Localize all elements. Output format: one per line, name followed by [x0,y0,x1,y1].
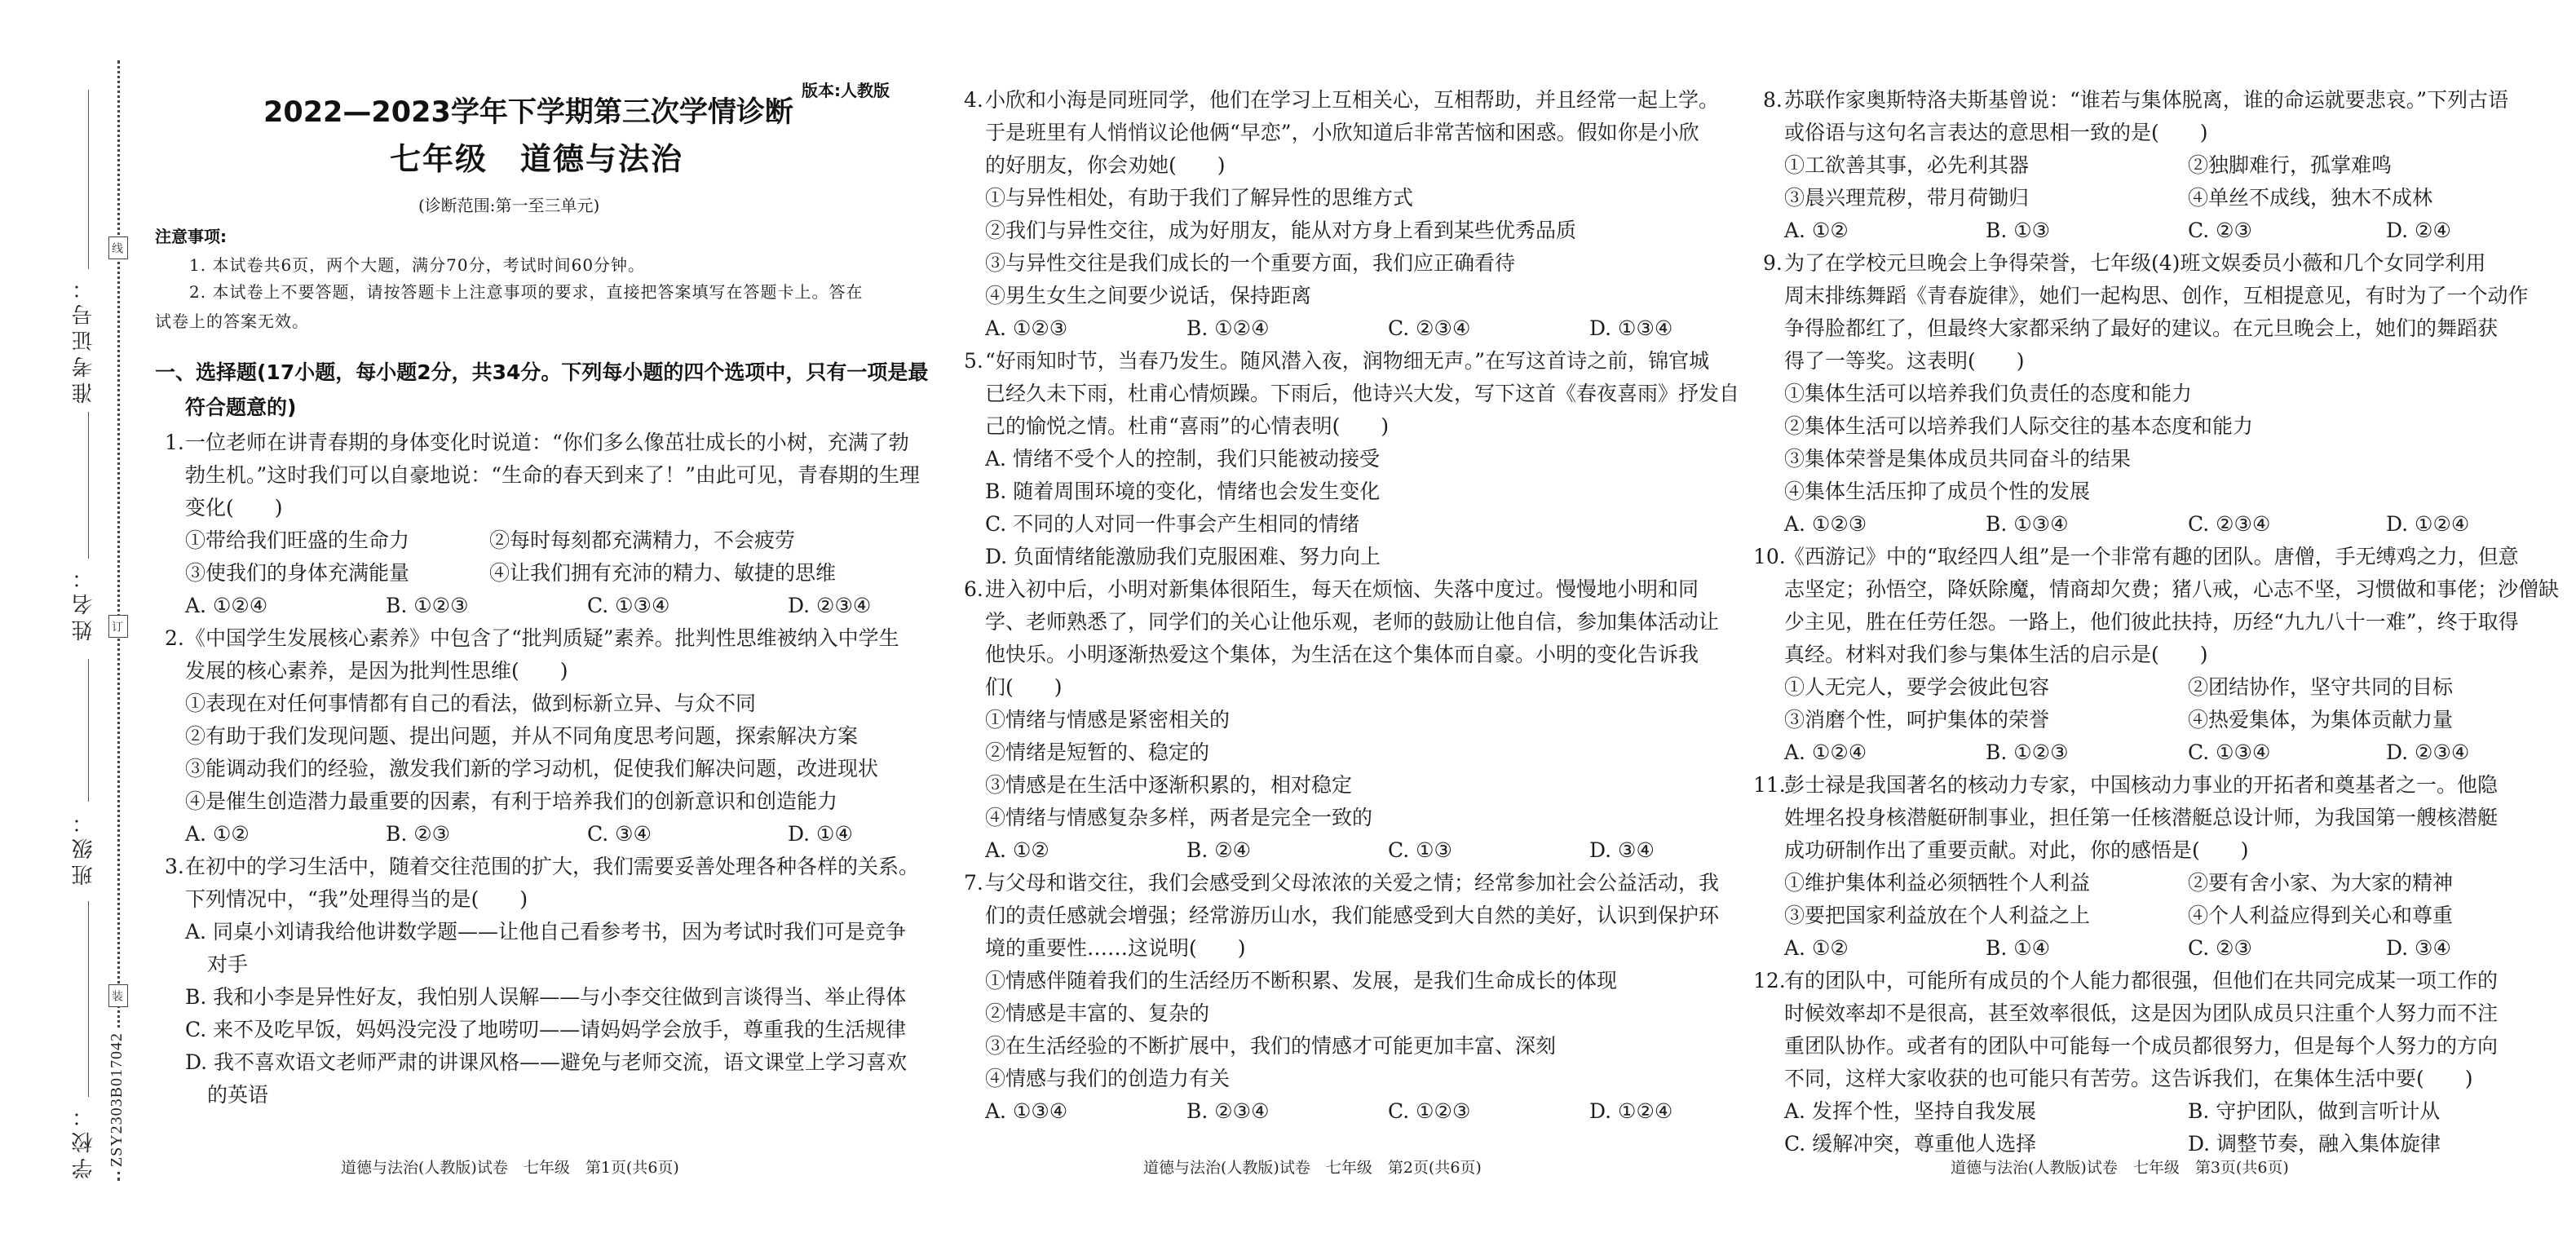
choice-b[interactable]: B. ①②③ [386,590,469,622]
question-stem: 不同，这样大家收获的也可能只有苦劳。这告诉我们，在集体生活中要( ) [1784,1063,2473,1095]
choice-d[interactable]: D. ①②④ [1589,1095,1672,1128]
statement: ③消磨个性，呵护集体的荣誉 [1784,704,2049,736]
note-2-cont: 试卷上的答案无效。 [155,307,309,336]
name-label: 姓名： [68,563,99,641]
question-stem: 姓埋名投身核潜艇研制事业，担任第一任核潜艇总设计师，为我国第一艘核潜艇 [1784,802,2498,834]
choice-d[interactable]: D. ①③④ [1589,312,1672,345]
choice-d[interactable]: D. ①④ [788,818,853,851]
question-stem: 时候效率却不是很高，甚至效率很低，这是因为团队成员只注重个人努力而不注 [1784,997,2498,1030]
statement: ②集体生活可以培养我们人际交往的基本态度和能力 [1784,410,2253,443]
notes-heading: 注意事项: [155,224,227,249]
question-number: 12. [1753,965,1786,997]
statement: ③能调动我们的经验，激发我们新的学习动机，促使我们解决问题，改进现状 [185,753,878,785]
choice-c[interactable]: C. 来不及吃早饭，妈妈没完没了地唠叨——请妈妈学会放手，尊重我的生活规律 [185,1014,906,1046]
exam-id-underline[interactable] [88,90,89,269]
choice-c[interactable]: C. ①③ [1388,834,1452,867]
choice-c[interactable]: C. ①②③ [1388,1095,1470,1128]
question-stem: 学、老师熟悉了，同学们的关心让他乐观，老师的鼓励让他自信，参加集体活动让 [985,606,1719,639]
choice-b[interactable]: B. 随着周围环境的变化，情绪也会发生变化 [985,475,1380,508]
statement: ③情感是在生活中逐渐积累的，相对稳定 [985,769,1352,802]
choice-b[interactable]: B. ①③ [1986,214,2050,247]
question-stem: 彭士禄是我国著名的核动力专家，中国核动力事业的开拓者和奠基者之一。他隐 [1784,769,2498,802]
statement: ②有助于我们发现问题、提出问题，并从不同角度思考问题，探索解决方案 [185,720,858,753]
question-stem: 《中国学生发展核心素养》中包含了“批判质疑”素养。批判性思维被纳入中学生 [185,622,899,655]
statement: ④情感与我们的创造力有关 [985,1063,1230,1095]
binding-mark-zhuang: 装 [108,984,128,1007]
school-underline[interactable] [88,901,89,1097]
choice-d[interactable]: D. 负面情绪能激励我们克服困难、努力向上 [985,541,1381,573]
note-1: 1. 本试卷共6页，两个大题，满分70分，考试时间60分钟。 [189,250,645,280]
choice-a[interactable]: A. ①② [985,834,1049,867]
question-number: 1. [165,427,184,459]
question-number: 3. [165,851,184,883]
section-title: 一、选择题(17小题，每小题2分，共34分。下列每小题的四个选项中，只有一项是最 [155,356,928,389]
statement: ①情绪与情感是紧密相关的 [985,704,1230,736]
statement: ④情绪与情感复杂多样，两者是完全一致的 [985,802,1372,834]
question-stem: 苏联作家奥斯特洛夫斯基曾说：“谁若与集体脱离，谁的命运就要悲哀。”下列古语 [1784,84,2508,117]
statement: ④热爱集体，为集体贡献力量 [2188,704,2453,736]
statement: ②团结协作，坚守共同的目标 [2188,671,2453,704]
choice-a[interactable]: A. ①②④ [1784,736,1867,769]
question-stem: 于是班里有人悄悄议论他俩“早恋”，小欣知道后非常苦恼和困惑。假如你是小欣 [985,117,1699,149]
statement: ②每时每刻都充满精力，不会疲劳 [489,524,795,557]
exam-scope: (诊断范围:第一至三单元) [418,193,599,218]
choice-d[interactable]: D. 我不喜欢语文老师严肃的讲课风格——避免与老师交流，语文课堂上学习喜欢 [185,1046,907,1079]
page-footer: 道德与法治(人教版)试卷 七年级 第3页(共6页) [1951,1156,2289,1180]
statement: ④男生女生之间要少说话，保持距离 [985,280,1311,312]
question-stem: 们的责任感就会增强；经常游历山水，我们能感受到大自然的美好，认识到保护环 [985,899,1719,932]
choice-b[interactable]: B. ①④ [1986,932,2050,965]
statement: ③在生活经验的不断扩展中，我们的情感才可能更加丰富、深刻 [985,1030,1556,1063]
question-stem: 境的重要性……这说明( ) [985,932,1246,965]
question-stem: 已经久未下雨，杜甫心情烦躁。下雨后，他诗兴大发，写下这首《春夜喜雨》抒发自 [985,378,1739,410]
question-stem: 在初中的学习生活中，随着交往范围的扩大，我们需要妥善处理各种各样的关系。 [185,851,919,883]
statement: ①工欲善其事，必先利其器 [1784,149,2029,182]
choice-a-cont[interactable]: 对手 [207,948,248,981]
class-underline[interactable] [88,659,89,802]
school-label: 学校： [68,1101,99,1179]
choice-d[interactable]: D. ①②④ [2386,508,2469,541]
statement: ②我们与异性交往，成为好朋友，能从对方身上看到某些优秀品质 [985,214,1576,247]
choice-a[interactable]: A. ①②④ [185,590,267,622]
choice-c[interactable]: C. ①③④ [587,590,669,622]
choice-c[interactable]: C. ③④ [587,818,652,851]
statement: ①带给我们旺盛的生命力 [185,524,409,557]
statement: ③要把国家利益放在个人利益之上 [1784,899,2090,932]
question-number: 11. [1753,769,1786,802]
statement: ②情感是丰富的、复杂的 [985,997,1209,1030]
question-stem: “好雨知时节，当春乃发生。随风潜入夜，润物细无声。”在写这首诗之前，锦官城 [985,345,1709,378]
choice-c[interactable]: C. ②③ [2188,214,2252,247]
choice-d[interactable]: D. ③④ [1589,834,1655,867]
edition-label: 版本:人教版 [802,78,890,103]
question-stem: 勃生机。”这时我们可以自豪地说：“生命的春天到来了！”由此可见，青春期的生理 [185,459,920,492]
statement: ④是催生创造潜力最重要的因素，有利于培养我们的创新意识和创造能力 [185,785,837,818]
choice-a[interactable]: A. 同桌小刘请我给他讲数学题——让他自己看参考书，因为考试时我们可是竞争 [185,916,906,948]
choice-d[interactable]: D. ②④ [2386,214,2451,247]
statement: ③晨兴理荒秽，带月荷锄归 [1784,182,2029,214]
question-stem: 变化( ) [185,492,283,524]
choice-c[interactable]: C. ②③④ [2188,508,2270,541]
choice-a[interactable]: A. ①② [1784,932,1849,965]
choice-b[interactable]: B. ②③④ [1186,1095,1270,1128]
statement: ①维护集体利益必须牺牲个人利益 [1784,867,2090,899]
statement: ②独脚难行，孤掌难鸣 [2188,149,2392,182]
choice-c[interactable]: C. ②③ [2188,932,2252,965]
statement: ②情绪是短暂的、稳定的 [985,736,1209,769]
page-footer: 道德与法治(人教版)试卷 七年级 第1页(共6页) [341,1156,679,1180]
choice-b[interactable]: B. 守护团队，做到言听计从 [2188,1095,2440,1128]
choice-b[interactable]: B. ②④ [1186,834,1251,867]
question-stem: 的好朋友，你会劝她( ) [985,149,1226,182]
question-number: 7. [964,867,983,899]
question-stem: 有的团队中，可能所有成员的个人能力都很强，但他们在共同完成某一项工作的 [1784,965,2498,997]
question-stem: 为了在学校元旦晚会上争得荣誉，七年级(4)班文娱委员小薇和几个女同学利用 [1784,247,2485,280]
question-number: 9. [1763,247,1783,280]
choice-a[interactable]: A. ①③④ [985,1095,1067,1128]
note-2: 2. 本试卷上不要答题，请按答题卡上注意事项的要求，直接把答案填写在答题卡上。答… [189,277,863,307]
question-stem: 发展的核心素养，是因为批判性思维( ) [185,655,568,687]
question-number: 4. [964,84,983,117]
question-number: 8. [1763,84,1783,117]
question-stem: 下列情况中，“我”处理得当的是( ) [185,883,528,916]
question-stem: 争得脸都红了，但最终大家都采纳了最好的建议。在元旦晚会上，她们的舞蹈获 [1784,312,2498,345]
question-stem: 进入初中后，小明对新集体很陌生，每天在烦恼、失落中度过。慢慢地小明和同 [985,573,1699,606]
question-stem: 一位老师在讲青春期的身体变化时说道：“你们多么像茁壮成长的小树，充满了勃 [185,427,909,459]
question-stem: 得了一等奖。这表明( ) [1784,345,2025,378]
statement: ①集体生活可以培养我们负责任的态度和能力 [1784,378,2192,410]
question-stem: 周末排练舞蹈《青春旋律》，她们一起构思、创作，互相提意见，有时为了一个动作 [1784,280,2529,312]
statement: ①人无完人，要学会彼此包容 [1784,671,2049,704]
question-stem: 重团队协作。或者有的团队中可能每一个成员都很努力，但是每个人努力的方向 [1784,1030,2498,1063]
choice-a[interactable]: A. ①② [185,818,250,851]
statement: ①表现在对任何事情都有自己的看法，做到标新立异、与众不同 [185,687,756,720]
statement: ②要有舍小家、为大家的精神 [2188,867,2453,899]
choice-d[interactable]: D. ③④ [2386,932,2451,965]
question-stem: 真经。材料对我们参与集体生活的启示是( ) [1784,639,2208,671]
question-stem: 成功研制作出了重要贡献。对此，你的感悟是( ) [1784,834,2249,867]
choice-d[interactable]: D. ②③④ [788,590,871,622]
question-stem: 或俗语与这句名言表达的意思相一致的是( ) [1784,117,2208,149]
choice-d[interactable]: D. ②③④ [2386,736,2469,769]
question-number: 10. [1753,541,1786,573]
statement: ④集体生活压抑了成员个性的发展 [1784,475,2090,508]
class-label: 班级： [68,807,99,886]
paper-code: ZSY2303B017042 [108,1029,126,1170]
question-stem: 他快乐。小明逐渐热爱这个集体，为生活在这个集体而自豪。小明的变化告诉我 [985,639,1699,671]
question-number: 6. [964,573,983,606]
choice-a[interactable]: A. 情绪不受个人的控制，我们只能被动接受 [985,443,1380,475]
choice-b[interactable]: B. ①②③ [1986,736,2069,769]
question-number: 2. [165,622,184,655]
statement: ③与异性交往是我们成长的一个重要方面，我们应正确看待 [985,247,1515,280]
statement: ①情感伴随着我们的生活经历不断积累、发展，是我们生命成长的体现 [985,965,1617,997]
binding-mark-ding: 订 [108,615,128,638]
choice-d-cont[interactable]: 的英语 [207,1079,268,1112]
exam-subject: 七年级 道德与法治 [390,137,683,181]
question-stem: 小欣和小海是同班同学，他们在学习上互相关心，互相帮助，并且经常一起上学。 [985,84,1719,117]
choice-a[interactable]: A. ①②③ [985,312,1067,345]
exam-title: 2022—2023学年下学期第三次学情诊断 [263,92,793,133]
question-stem: 们( ) [985,671,1063,704]
page-footer: 道德与法治(人教版)试卷 七年级 第2页(共6页) [1143,1156,1482,1180]
question-stem: 《西游记》中的“取经四人组”是一个非常有趣的团队。唐僧，手无缚鸡之力，但意 [1784,541,2519,573]
choice-a[interactable]: A. ①②③ [1784,508,1867,541]
choice-b[interactable]: B. 我和小李是异性好友，我怕别人误解——与小李交往做到言谈得当、举止得体 [185,981,906,1014]
question-stem: 与父母和谐交往，我们会感受到父母浓浓的关爱之情；经常参加社会公益活动，我 [985,867,1719,899]
exam-id-label: 准考证号： [68,273,99,404]
question-stem: 少主见，胜在任劳任怨。一路上，他们彼此扶持，历经“九九八十一难”，终于取得 [1784,606,2519,639]
choice-c[interactable]: C. 不同的人对同一件事会产生相同的情绪 [985,508,1359,541]
choice-a[interactable]: A. ①② [1784,214,1849,247]
choice-b[interactable]: B. ②③ [386,818,450,851]
choice-c[interactable]: C. ①③④ [2188,736,2270,769]
statement: ④让我们拥有充沛的精力、敏捷的思维 [489,557,836,590]
name-underline[interactable] [88,412,89,559]
choice-b[interactable]: B. ①②④ [1186,312,1270,345]
binding-mark-xian: 线 [108,236,128,259]
question-stem: 己的愉悦之情。杜甫“喜雨”的心情表明( ) [985,410,1389,443]
statement: ③使我们的身体充满能量 [185,557,409,590]
section-title-cont: 符合题意的) [185,391,296,424]
statement: ③集体荣誉是集体成员共同奋斗的结果 [1784,443,2131,475]
question-stem: 志坚定；孙悟空，降妖除魔，情商却欠费；猪八戒，心志不坚，习惯做和事佬；沙僧缺 [1784,573,2559,606]
statement: ④单丝不成线，独木不成林 [2188,182,2432,214]
statement: ④个人利益应得到关心和尊重 [2188,899,2453,932]
choice-c[interactable]: C. ②③④ [1388,312,1470,345]
choice-b[interactable]: B. ①③④ [1986,508,2069,541]
choice-a[interactable]: A. 发挥个性，坚持自我发展 [1784,1095,2036,1128]
statement: ①与异性相处，有助于我们了解异性的思维方式 [985,182,1413,214]
question-number: 5. [964,345,983,378]
